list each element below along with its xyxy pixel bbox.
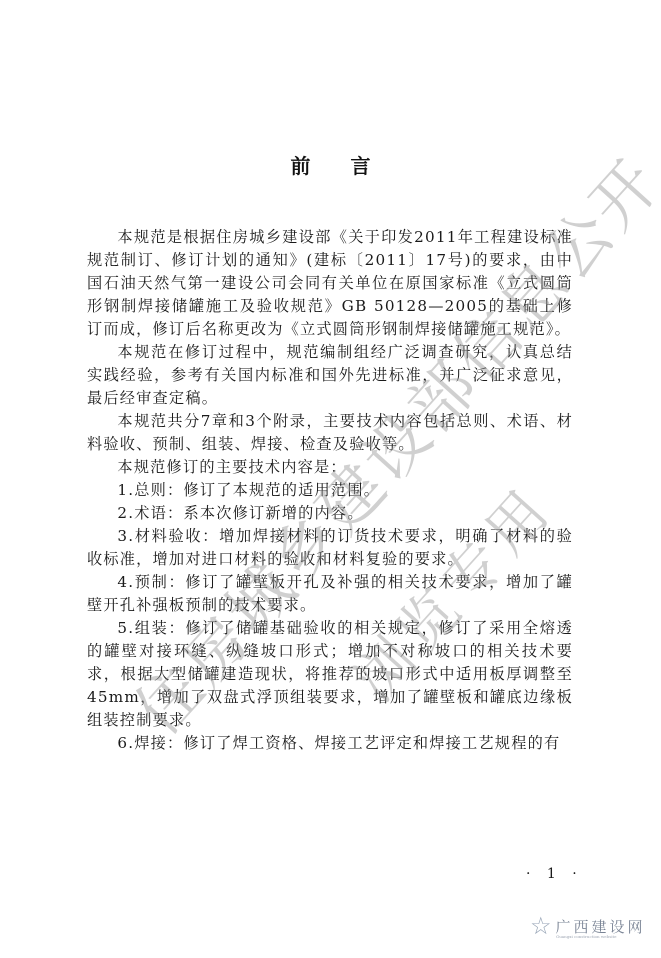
site-logo: ☆ 广西建设网 Guangxi construction website (530, 912, 646, 940)
page-title: 前言 (0, 150, 661, 179)
document-page: 前言 本规范是根据住房城乡建设部《关于印发2011年工程建设标准规范制订、修订计… (0, 0, 661, 958)
paragraph: 4.预制：修订了罐壁板开孔及补强的相关技术要求，增加了罐壁开孔补强板预制的技术要… (87, 571, 573, 617)
paragraph: 本规范是根据住房城乡建设部《关于印发2011年工程建设标准规范制订、修订计划的通… (87, 226, 573, 341)
paragraph: 5.组装：修订了储罐基础验收的相关规定，修订了采用全熔透的罐壁对接环缝、纵缝坡口… (87, 617, 573, 732)
paragraph: 本规范修订的主要技术内容是： (87, 456, 573, 479)
body-text: 本规范是根据住房城乡建设部《关于印发2011年工程建设标准规范制订、修订计划的通… (87, 226, 573, 755)
paragraph: 2.术语：系本次修订新增的内容。 (87, 502, 573, 525)
logo-subtitle: Guangxi construction website (556, 934, 617, 939)
paragraph: 本规范共分7章和3个附录，主要技术内容包括总则、术语、材料验收、预制、组装、焊接… (87, 410, 573, 456)
paragraph: 1.总则：修订了本规范的适用范围。 (87, 479, 573, 502)
paragraph: 本规范在修订过程中，规范编制组经广泛调查研究，认真总结实践经验，参考有关国内标准… (87, 341, 573, 410)
paragraph: 6.焊接：修订了焊工资格、焊接工艺评定和焊接工艺规程的有 (87, 732, 573, 755)
paragraph: 3.材料验收：增加焊接材料的订货技术要求，明确了材料的验收标准，增加对进口材料的… (87, 525, 573, 571)
page-number: · 1 · (526, 866, 583, 882)
star-logo-icon: ☆ (530, 912, 552, 940)
